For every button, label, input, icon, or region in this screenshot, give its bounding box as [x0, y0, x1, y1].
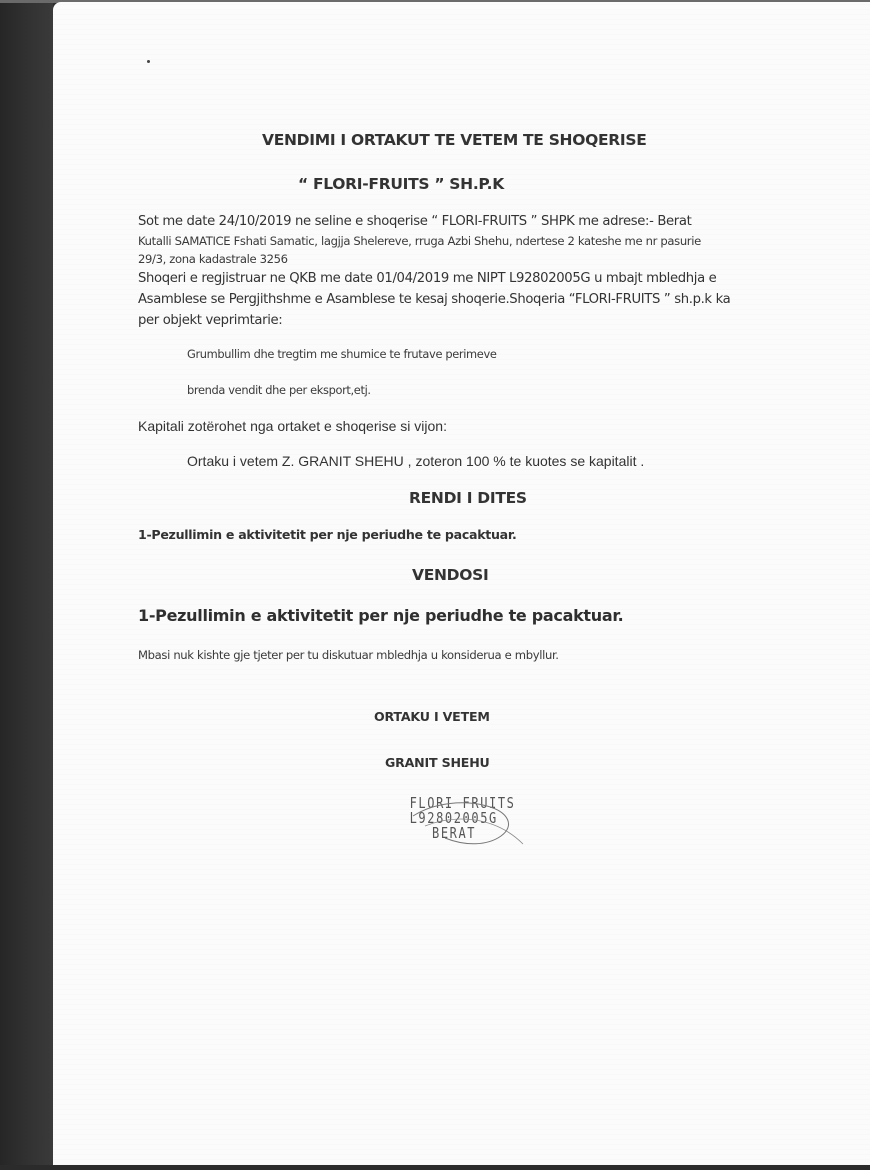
scanner-edge-left [0, 0, 53, 1170]
activity-line-2: brenda vendit dhe per eksport,etj. [187, 383, 371, 397]
intro-line-5: Asamblese se Pergjithshme e Asamblese te… [138, 292, 730, 307]
signatory-title: ORTAKU I VETEM [374, 709, 490, 724]
decision-item: 1-Pezullimin e aktivitetit per nje periu… [138, 606, 623, 625]
intro-line-3: 29/3, zona kadastrale 3256 [138, 252, 288, 266]
intro-line-6: per objekt veprimtarie: [138, 313, 282, 328]
capital-intro: Kapitali zotërohet nga ortaket e shoqeri… [138, 418, 447, 434]
activity-line-1: Grumbullim dhe tregtim me shumice te fru… [187, 347, 497, 361]
scanner-edge-bottom [0, 1165, 870, 1170]
capital-owner: Ortaku i vetem Z. GRANIT SHEHU , zoteron… [187, 453, 644, 469]
company-name: “ FLORI-FRUITS ” SH.P.K [298, 175, 504, 193]
document-title: VENDIMI I ORTAKUT TE VETEM TE SHOQERISE [262, 131, 647, 149]
scan-speck [147, 60, 150, 63]
decision-heading: VENDOSI [412, 566, 488, 584]
agenda-item: 1-Pezullimin e aktivitetit per nje periu… [138, 527, 516, 542]
intro-line-2: Kutalli SAMATICE Fshati Samatic, lagjja … [138, 234, 701, 248]
intro-line-1: Sot me date 24/10/2019 ne seline e shoqe… [138, 214, 691, 229]
signature-scribble [405, 796, 535, 856]
intro-line-4: Shoqeri e regjistruar ne QKB me date 01/… [138, 271, 716, 286]
closing-statement: Mbasi nuk kishte gje tjeter per tu disku… [138, 648, 559, 662]
agenda-heading: RENDI I DITES [409, 489, 527, 507]
signatory-name: GRANIT SHEHU [385, 755, 490, 770]
